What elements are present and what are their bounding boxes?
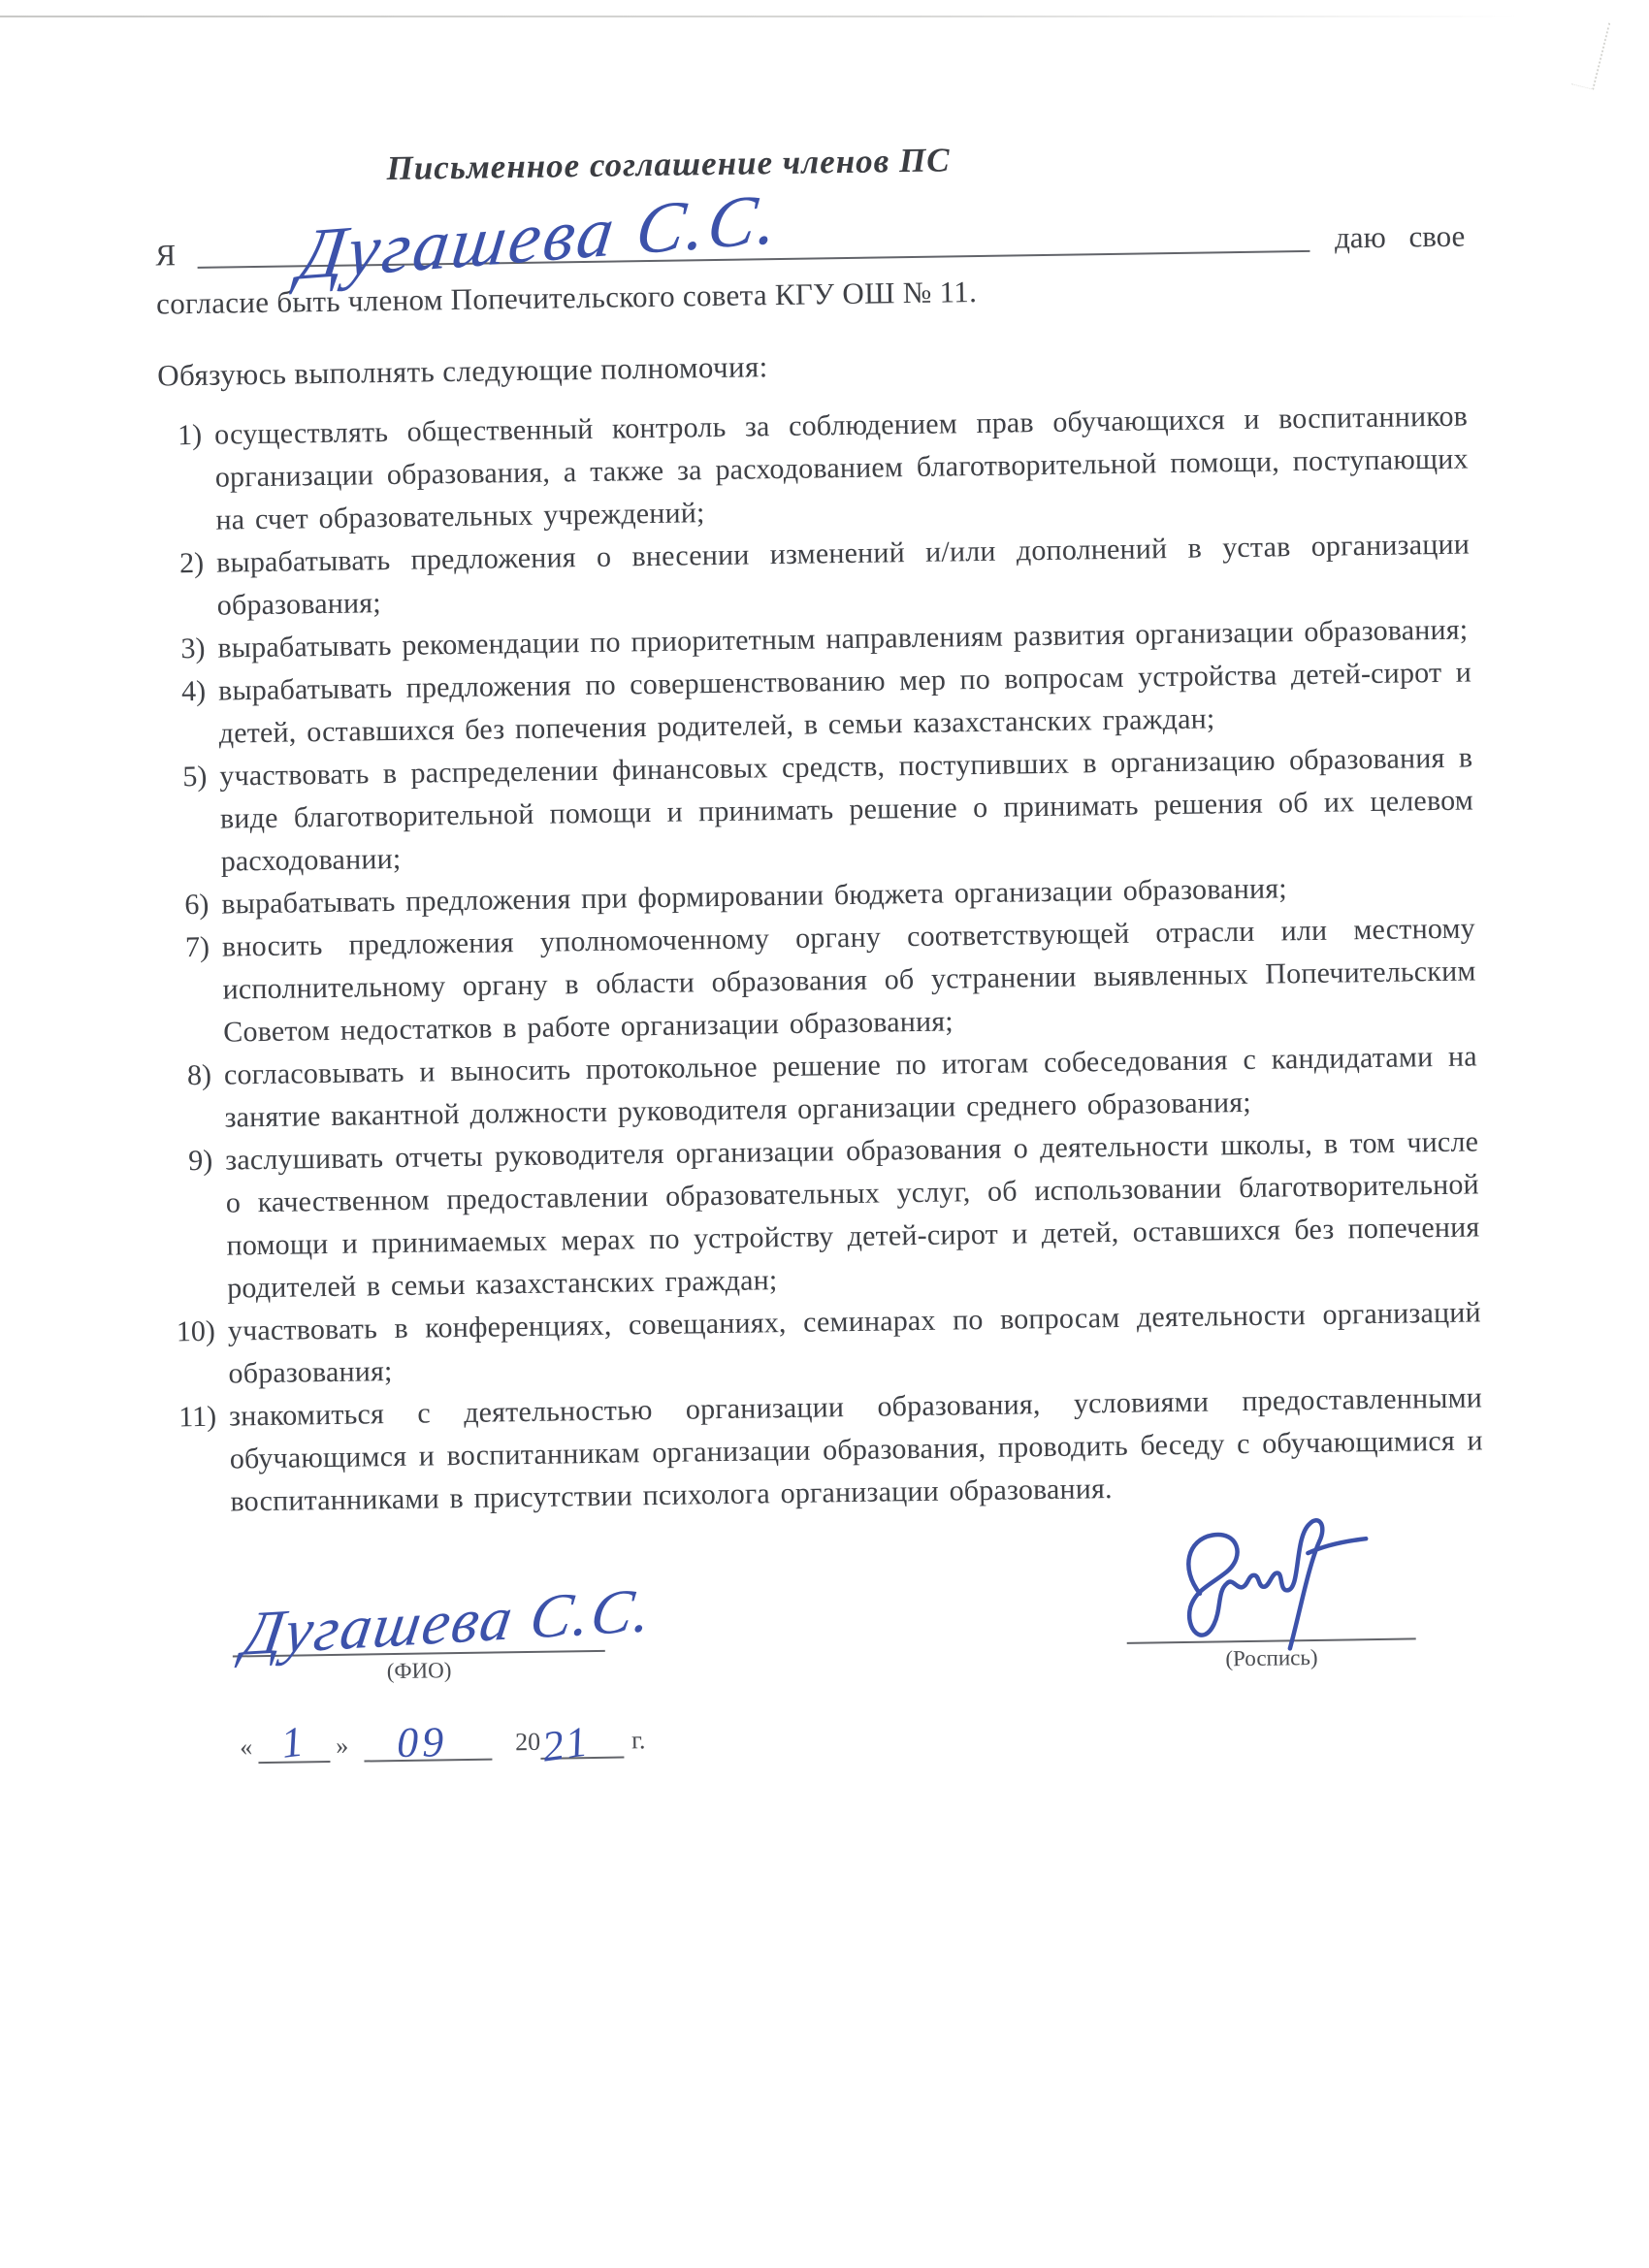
date-block: « 1 » 09 20 21 г. bbox=[240, 1710, 1487, 1764]
list-item: 1) осуществлять общественный контроль за… bbox=[158, 396, 1470, 543]
intro-pronoun: Я bbox=[155, 238, 176, 275]
handwritten-month: 09 bbox=[397, 1717, 448, 1767]
list-item-number: 10) bbox=[172, 1311, 229, 1397]
list-item-number: 5) bbox=[163, 756, 221, 885]
date-year-line: 21 bbox=[540, 1724, 625, 1760]
page-title: Письменное соглашение членов ПС bbox=[154, 138, 1182, 192]
list-item: 7) вносить предложения уполномоченному о… bbox=[166, 907, 1477, 1054]
list-item-number: 8) bbox=[168, 1054, 225, 1141]
list-item-number: 6) bbox=[165, 884, 222, 927]
intro-paragraph: Я Дугашева С.С. даю свое согласие быть ч… bbox=[155, 206, 1466, 322]
name-blank-line: Дугашева С.С. bbox=[197, 208, 1310, 269]
date-month-line: 09 bbox=[364, 1726, 493, 1763]
fio-signature-area: Дугашева С.С. (ФИО) bbox=[232, 1569, 606, 1687]
quote-close: » bbox=[336, 1732, 348, 1763]
handwritten-year: 21 bbox=[539, 1716, 593, 1771]
list-item-number: 4) bbox=[162, 670, 219, 757]
obligations-list: 1) осуществлять общественный контроль за… bbox=[158, 396, 1484, 1525]
list-item-number: 2) bbox=[160, 542, 217, 629]
handwritten-day: 1 bbox=[278, 1716, 306, 1767]
list-item-text: осуществлять общественный контроль за со… bbox=[214, 396, 1470, 542]
date-day-line: 1 bbox=[258, 1728, 331, 1764]
list-item-text: вносить предложения уполномоченному орга… bbox=[222, 907, 1477, 1053]
intro-tail-text: даю свое bbox=[1335, 219, 1466, 258]
date-year-mark: г. bbox=[631, 1726, 646, 1758]
list-item-number: 1) bbox=[158, 414, 216, 543]
date-century-prefix: 20 bbox=[515, 1728, 540, 1760]
list-item-number: 3) bbox=[161, 628, 218, 671]
intro-row-1: Я Дугашева С.С. даю свое bbox=[155, 206, 1466, 275]
document-content: Письменное соглашение членов ПС Я Дугаше… bbox=[0, 0, 1649, 1767]
list-item: 9) заслушивать отчеты руководителя орган… bbox=[169, 1120, 1480, 1311]
signature-block: Дугашева С.С. (ФИО) (Роспись) bbox=[176, 1555, 1487, 1687]
obligations-heading: Обязуюсь выполнять следующие полномочия: bbox=[157, 340, 1467, 394]
list-item-number: 11) bbox=[173, 1396, 231, 1525]
rospis-signature-area: (Роспись) bbox=[1125, 1556, 1416, 1672]
list-item: 5) участвовать в распределении финансовы… bbox=[163, 736, 1474, 884]
quote-open: « bbox=[240, 1733, 252, 1764]
list-item-text: участвовать в распределении финансовых с… bbox=[219, 736, 1474, 883]
list-item-text: заслушивать отчеты руководителя организа… bbox=[225, 1120, 1480, 1310]
signature-scribble-icon bbox=[1160, 1496, 1382, 1667]
list-item-number: 9) bbox=[169, 1140, 228, 1312]
list-item-number: 7) bbox=[166, 926, 224, 1055]
scanned-document-page: Письменное соглашение членов ПС Я Дугаше… bbox=[0, 0, 1649, 2268]
